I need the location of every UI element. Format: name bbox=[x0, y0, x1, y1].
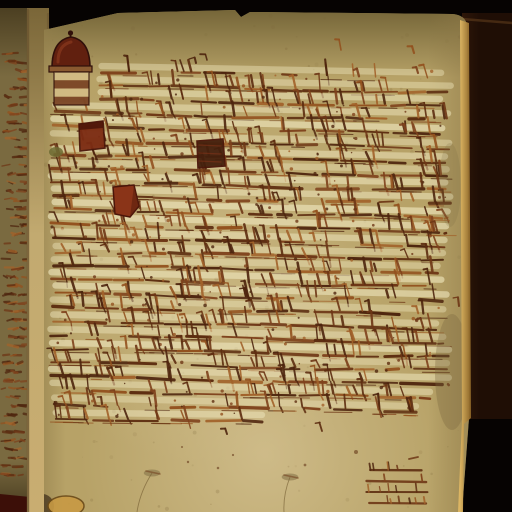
manuscript-photo-canvas bbox=[0, 0, 512, 512]
manuscript-photo: Photograph of an open medieval manuscrip… bbox=[0, 0, 512, 512]
